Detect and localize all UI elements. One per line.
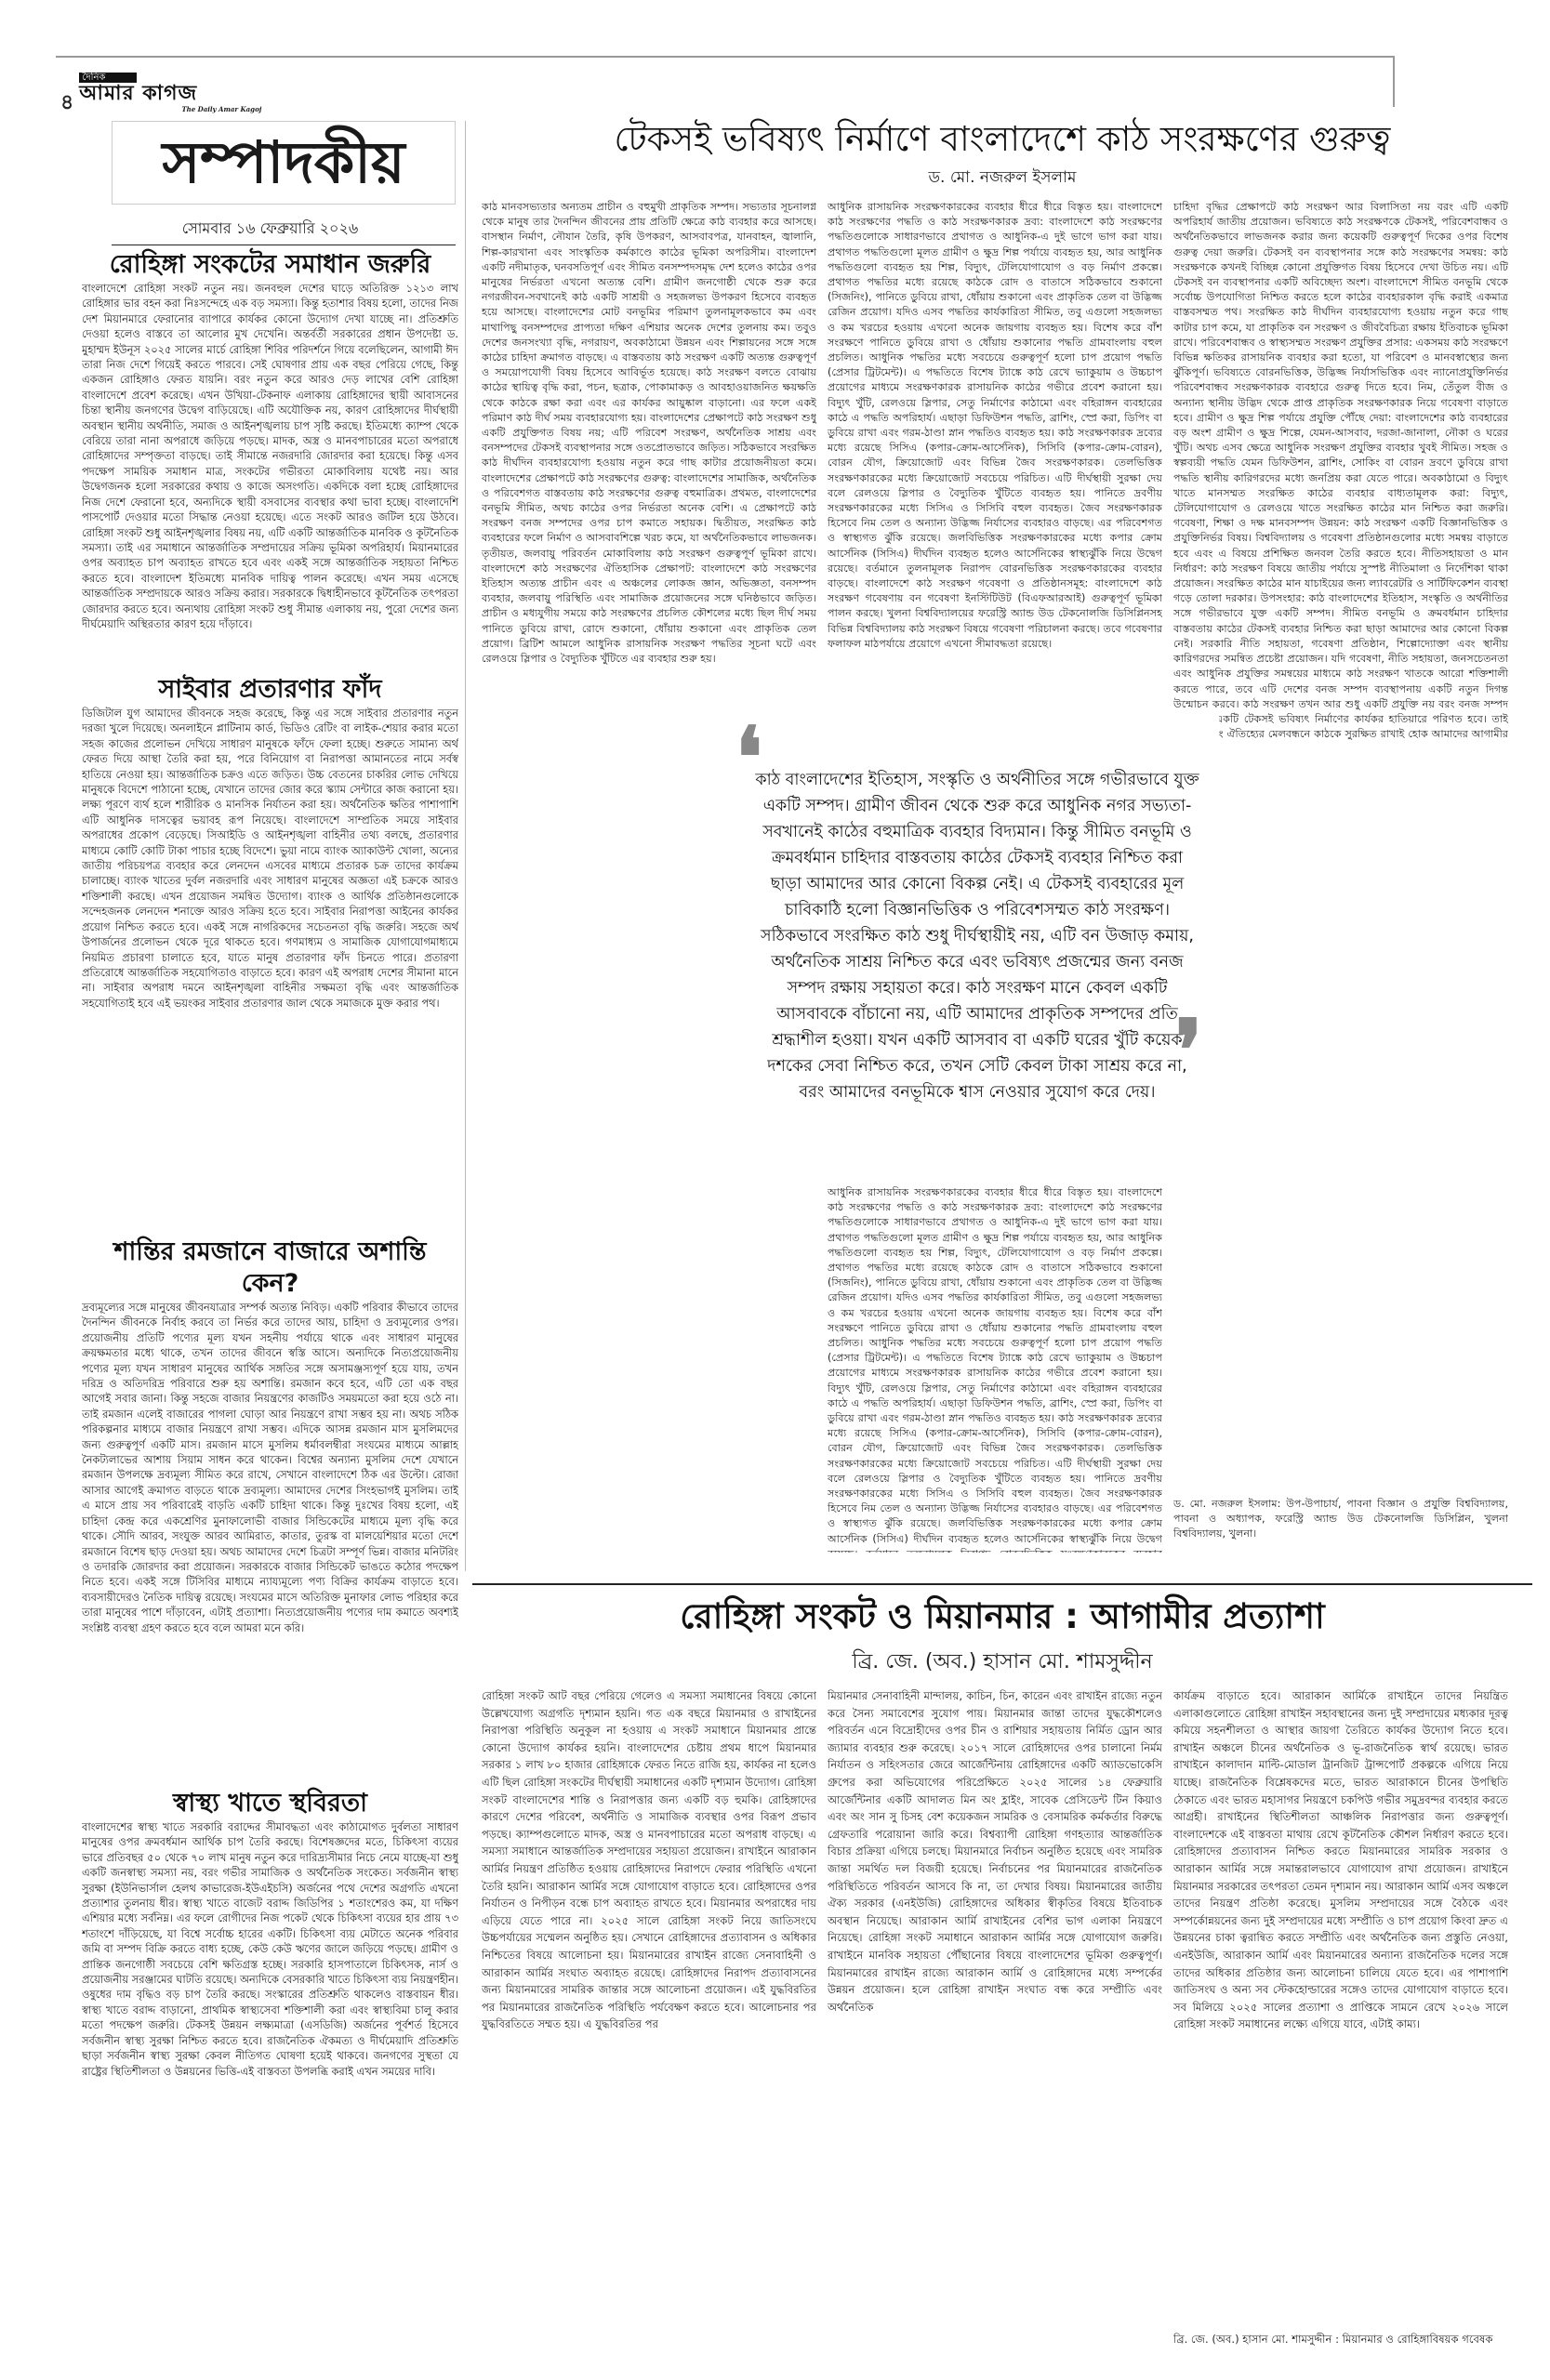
masthead-frame: ৪ দৈনিক আমার কাগজ The Daily Amar Kagoj: [56, 56, 1395, 107]
section-body: দ্রব্যমূল্যের সঙ্গে মানুষের জীবনযাত্রার …: [82, 1300, 458, 1816]
section-heading: সাইবার প্রতারণার ফাঁদ: [82, 674, 458, 706]
article-column-2: আধুনিক রাসায়নিক সংরক্ষণকারকের ব্যবহার ধ…: [828, 200, 1162, 683]
logo-title: আমার কাগজ: [79, 83, 269, 105]
article2-author-note: ব্রি. জে. (অব.) হাসান মো. শামসুদ্দীন : ম…: [1173, 2331, 1508, 2366]
article-column-3: চাহিদা বৃদ্ধির প্রেক্ষাপটে কাঠ সংরক্ষণ আ…: [1173, 200, 1508, 1487]
editorial-section-health: স্বাস্থ্য খাতে স্থবিরতা বাংলাদেশের স্বাস…: [82, 1788, 458, 2321]
editorial-section-cyber: সাইবার প্রতারণার ফাঁদ ডিজিটাল যুগ আমাদের…: [82, 674, 458, 1236]
editorial-section-rohingya: রোহিঙ্গা সংকটের সমাধান জরুরি বাংলাদেশে র…: [82, 249, 458, 671]
article2-body: রোহিঙ্গা সংকট আট বছর পেরিয়ে গেলেও এ সমস…: [482, 1687, 1528, 2366]
newspaper-page: সম্পাদকীয় সোমবার ১৬ ফেব্রুয়ারি ২০২৬ রো…: [82, 116, 1532, 2366]
column-divider: [465, 121, 466, 1571]
section-heading: রোহিঙ্গা সংকটের সমাধান জরুরি: [82, 249, 458, 281]
article2-column-3: কার্যক্রম বাড়াতে হবে। আরাকান আর্মিকে রা…: [1173, 1687, 1508, 2329]
section-body: বাংলাদেশে রোহিঙ্গা সংকট নতুন নয়। জনবহুল…: [82, 281, 458, 671]
editorial-title-box: সম্পাদকীয়: [112, 121, 456, 205]
editorial-column: সম্পাদকীয় সোমবার ১৬ ফেব্রুয়ারি ২০২৬ রো…: [82, 116, 458, 2366]
section-heading: শান্তির রমজানে বাজারে অশান্তি কেন?: [82, 1236, 458, 1300]
quote-close-icon: ❜: [1175, 1009, 1202, 1092]
article-headline: টেকসই ভবিষ্যৎ নির্মাণে বাংলাদেশে কাঠ সংর…: [472, 116, 1532, 163]
article-author-note: ড. মো. নজরুল ইসলাম: উপ-উপাচার্য, পাবনা ব…: [1173, 1497, 1508, 1553]
article2-byline: ব্রি. জে. (অব.) হাসান মো. শামসুদ্দীন: [472, 1646, 1532, 1680]
editorial-section-ramadan: শান্তির রমজানে বাজারে অশান্তি কেন? দ্রব্…: [82, 1236, 458, 1816]
logo-english: The Daily Amar Kagoj: [79, 105, 261, 113]
editorial-date: সোমবার ১৬ ফেব্রুয়ারি ২০২৬: [82, 217, 458, 242]
newspaper-logo: দৈনিক আমার কাগজ The Daily Amar Kagoj: [79, 73, 269, 113]
article-byline: ড. মো. নজরুল ইসলাম: [472, 165, 1532, 192]
article2-headline: রোহিঙ্গা সংকট ও মিয়ানমার : আগামীর প্রত্…: [472, 1594, 1532, 1639]
divider: [112, 245, 456, 245]
section-body: বাংলাদেশের স্বাস্থ্য খাতে সরকারি বরাদ্দে…: [82, 1819, 458, 2321]
divider: [472, 1583, 1532, 1585]
article-column-2-continued: আধুনিক রাসায়নিক সংরক্ষণকারকের ব্যবহার ধ…: [828, 1185, 1162, 1553]
article2-column-1: রোহিঙ্গা সংকট আট বছর পেরিয়ে গেলেও এ সমস…: [482, 1687, 816, 2366]
pull-quote-text: কাঠ বাংলাদেশের ইতিহাস, সংস্কৃতি ও অর্থনী…: [754, 767, 1200, 1105]
section-body: ডিজিটাল যুগ আমাদের জীবনকে সহজ করেছে, কিন…: [82, 706, 458, 1236]
editorial-title: সম্পাদকীয়: [163, 134, 405, 192]
section-heading: স্বাস্থ্য খাতে স্থবিরতা: [82, 1788, 458, 1819]
pull-quote: ❛ কাঠ বাংলাদেশের ইতিহাস, সংস্কৃতি ও অর্থ…: [717, 711, 1219, 1092]
page-number: ৪: [60, 93, 73, 113]
article2-column-2: মিয়ানমার সেনাবাহিনী মান্দালয়, কাচিন, চ…: [828, 1687, 1162, 2366]
